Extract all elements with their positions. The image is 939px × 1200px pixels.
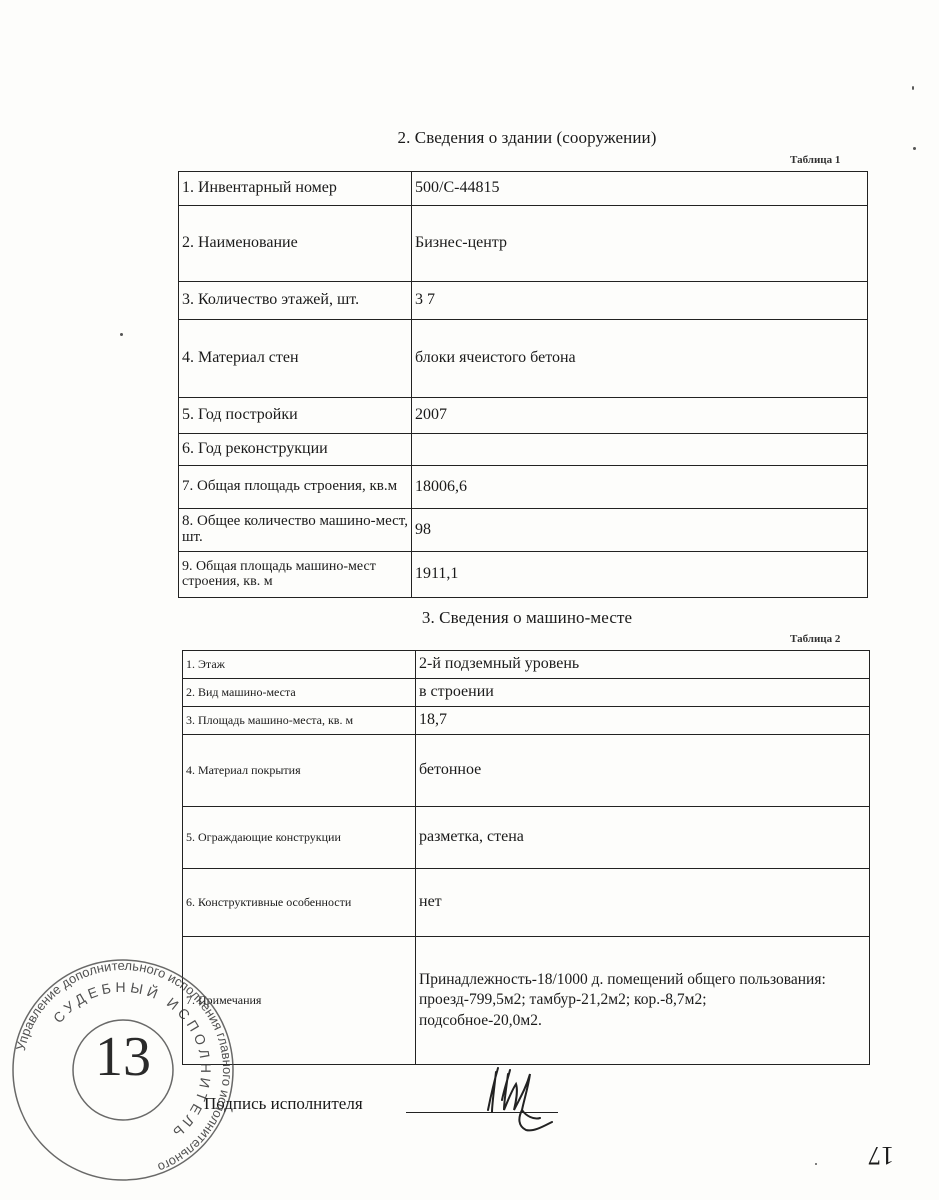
row-label: 8. Общее количество машино-мест, шт. [179, 509, 412, 552]
row-value: 18,7 [416, 707, 870, 735]
building-info-table: 1. Инвентарный номер 500/С-44815 2. Наим… [178, 171, 868, 598]
table-row: 8. Общее количество машино-мест, шт. 98 [179, 509, 868, 552]
row-value: 2-й подземный уровень [416, 651, 870, 679]
table-row: 1. Этаж 2-й подземный уровень [183, 651, 870, 679]
table-row: 6. Конструктивные особенности нет [183, 869, 870, 937]
row-label: 1. Инвентарный номер [179, 172, 412, 206]
row-value: 1911,1 [412, 552, 868, 598]
row-value: Бизнес-центр [412, 206, 868, 282]
row-label: 1. Этаж [183, 651, 416, 679]
row-value [412, 434, 868, 466]
section-3-title: 3. Сведения о машино-месте [0, 608, 939, 628]
table-row: 2. Наименование Бизнес-центр [179, 206, 868, 282]
row-label: 5. Год постройки [179, 398, 412, 434]
row-label: 4. Материал покрытия [183, 735, 416, 807]
scan-speck [912, 86, 914, 90]
row-value: 98 [412, 509, 868, 552]
table-row: 3. Количество этажей, шт. 3 7 [179, 282, 868, 320]
row-value: Принадлежность-18/1000 д. помещений обще… [416, 937, 870, 1065]
row-value: в строении [416, 679, 870, 707]
page-number: 17 [868, 1140, 894, 1170]
row-label: 4. Материал стен [179, 320, 412, 398]
row-label: 6. Год реконструкции [179, 434, 412, 466]
row-value: блоки ячеистого бетона [412, 320, 868, 398]
row-value: 2007 [412, 398, 868, 434]
table-row: 4. Материал стен блоки ячеистого бетона [179, 320, 868, 398]
row-value: 3 7 [412, 282, 868, 320]
row-label: 5. Ограждающие конструкции [183, 807, 416, 869]
row-label: 7. Общая площадь строения, кв.м [179, 466, 412, 509]
table-row: 3. Площадь машино-места, кв. м 18,7 [183, 707, 870, 735]
row-label: 2. Наименование [179, 206, 412, 282]
document-page: 2. Сведения о здании (сооружении) Таблиц… [0, 0, 939, 1200]
table-row: 1. Инвентарный номер 500/С-44815 [179, 172, 868, 206]
table-row: 5. Год постройки 2007 [179, 398, 868, 434]
table-row: 6. Год реконструкции [179, 434, 868, 466]
row-value: 18006,6 [412, 466, 868, 509]
row-value: нет [416, 869, 870, 937]
row-label: 6. Конструктивные особенности [183, 869, 416, 937]
stamp-number: 13 [95, 1025, 151, 1089]
table-row: 7. Примечания Принадлежность-18/1000 д. … [183, 937, 870, 1065]
scan-speck [815, 1163, 817, 1165]
row-label: 3. Количество этажей, шт. [179, 282, 412, 320]
row-value: бетонное [416, 735, 870, 807]
handwritten-signature-icon [478, 1060, 568, 1135]
row-label: 2. Вид машино-места [183, 679, 416, 707]
parking-space-table: 1. Этаж 2-й подземный уровень 2. Вид маш… [182, 650, 870, 1065]
table-row: 7. Общая площадь строения, кв.м 18006,6 [179, 466, 868, 509]
row-value: 500/С-44815 [412, 172, 868, 206]
row-label: 3. Площадь машино-места, кв. м [183, 707, 416, 735]
table-row: 2. Вид машино-места в строении [183, 679, 870, 707]
table-row: 4. Материал покрытия бетонное [183, 735, 870, 807]
table-2-caption: Таблица 2 [790, 633, 840, 645]
signature-label: Подпись исполнителя [204, 1094, 363, 1114]
table-row: 9. Общая площадь машино-мест строения, к… [179, 552, 868, 598]
table-row: 5. Ограждающие конструкции разметка, сте… [183, 807, 870, 869]
section-2-title: 2. Сведения о здании (сооружении) [0, 128, 939, 148]
row-value: разметка, стена [416, 807, 870, 869]
table-1-caption: Таблица 1 [790, 154, 840, 166]
row-label: 9. Общая площадь машино-мест строения, к… [179, 552, 412, 598]
scan-speck [913, 147, 916, 150]
scan-speck [120, 333, 123, 336]
